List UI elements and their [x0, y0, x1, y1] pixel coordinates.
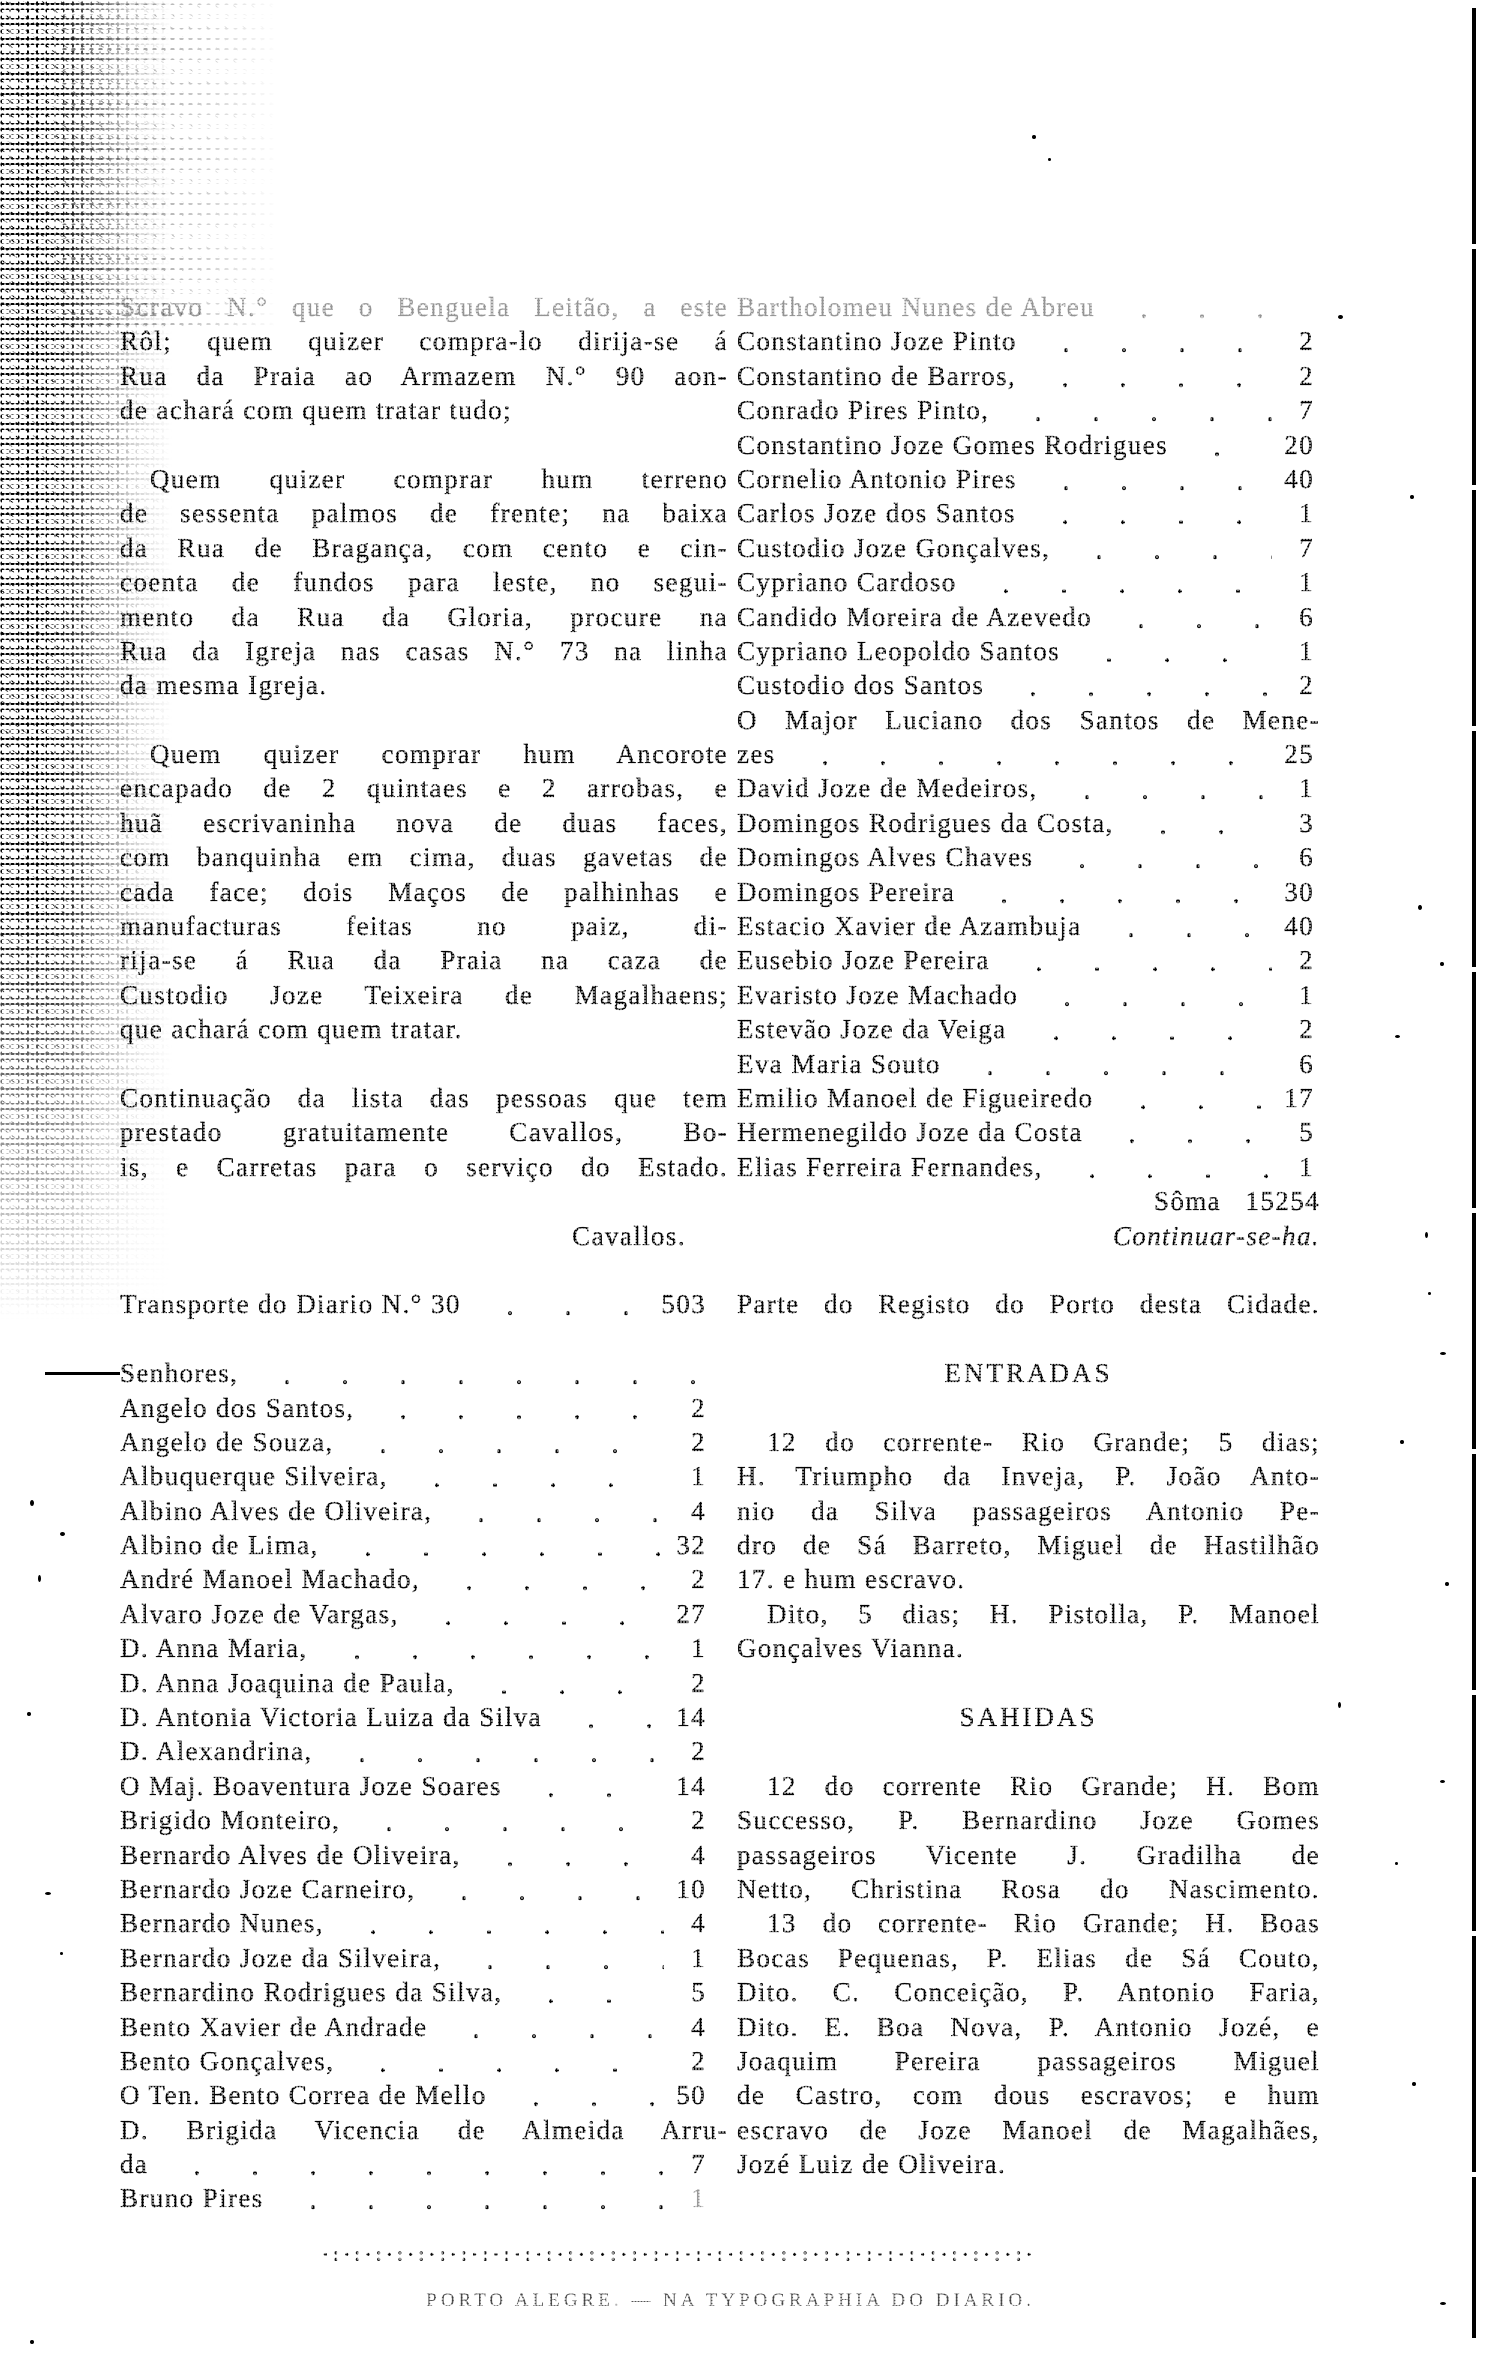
scan-speck	[1428, 1292, 1431, 1295]
ad-line: huã escrivaninha nova de duas faces,	[120, 806, 728, 840]
departure-entry: 12 do corrente Rio Grande; H. Bom Succes…	[737, 1769, 1320, 1907]
transport-row: Transporte do Diario N.° 30 503	[120, 1287, 728, 1321]
dot-leader	[510, 1975, 664, 2009]
horse-count: 17	[1280, 1081, 1320, 1115]
dot-leader	[1102, 1081, 1273, 1115]
contributor-name: Domingos Alves Chaves	[737, 840, 1033, 874]
horse-count: 2	[672, 1803, 728, 1837]
contributor-name: Candido Moreira de Azevedo	[737, 600, 1092, 634]
contributor-name: O Maj. Boaventura Joze Soares	[120, 1769, 502, 1803]
list-entry: Bartholomeu Nunes de Abreu	[737, 290, 1320, 324]
contributor-name: D. Anna Joaquina de Paula,	[120, 1666, 455, 1700]
dot-leader	[332, 1906, 664, 1940]
departure-line: Jozé Luiz de Oliveira.	[737, 2147, 1320, 2181]
list-header: Senhores,	[120, 1356, 728, 1390]
list-entry: Hermenegildo Joze da Costa5	[737, 1115, 1320, 1149]
departure-line: Joaquim Pereira passageiros Miguel	[737, 2044, 1320, 2078]
horse-count: 1	[672, 1459, 728, 1493]
horse-count: 2	[1280, 943, 1320, 977]
horse-count: 1	[672, 1941, 728, 1975]
scan-speck	[1395, 1035, 1400, 1038]
ad-line: Quem quizer comprar hum Ancorote	[120, 737, 728, 771]
arrival-line: H. Triumpho da Inveja, P. João Anto-	[737, 1459, 1320, 1493]
list-entry: Conrado Pires Pinto,7	[737, 393, 1320, 427]
departure-line: Dito. C. Conceição, P. Antonio Faria,	[737, 1975, 1320, 2009]
scan-speck	[45, 1892, 51, 1895]
total-label: Sôma	[1154, 1186, 1221, 1216]
contributor-name: zes	[737, 737, 776, 771]
dot-leader	[1091, 1115, 1272, 1149]
list-entry: Bernardo Joze da Silveira,1	[120, 1941, 728, 1975]
horse-count: 2	[1280, 668, 1320, 702]
list-entry: Bernardo Joze Carneiro,10	[120, 1872, 728, 1906]
arrival-line: Dito, 5 dias; H. Pistolla, P. Manoel	[737, 1597, 1320, 1631]
contributor-name: Carlos Joze dos Santos	[737, 496, 1016, 530]
list-entry: Candido Moreira de Azevedo6	[737, 600, 1320, 634]
contributor-name: Evaristo Joze Machado	[737, 978, 1018, 1012]
right-column: Bartholomeu Nunes de Abreu Constantino J…	[737, 290, 1320, 2181]
list-entry-wrapped: O Major Luciano dos Santos de Mene-	[737, 703, 1320, 737]
horse-count: 6	[1280, 1047, 1320, 1081]
dot-leader	[469, 1287, 653, 1321]
scan-speck	[1440, 1352, 1446, 1355]
horse-count: 1	[1280, 771, 1320, 805]
horse-count: 2	[1280, 359, 1320, 393]
list-entry: Eva Maria Souto6	[737, 1047, 1320, 1081]
list-entry: Custodio Joze Gonçalves,7	[737, 531, 1320, 565]
horse-count: 2	[672, 1425, 728, 1459]
ad-line: Scravo N.° que o Benguela Leitão, a este	[120, 290, 728, 324]
advertisement-1: Scravo N.° que o Benguela Leitão, a este…	[120, 290, 728, 428]
dot-leader	[1100, 600, 1272, 634]
dot-leader	[997, 393, 1272, 427]
list-entry: D. Antonia Victoria Luiza da Silva14	[120, 1700, 728, 1734]
newspaper-page: Scravo N.° que o Benguela Leitão, a este…	[0, 0, 1486, 2357]
horse-count: 1	[1280, 496, 1320, 530]
list-total: Sôma 15254	[737, 1184, 1320, 1218]
intro-line: prestado gratuitamente Cavallos, Bo-	[120, 1115, 728, 1149]
scan-speck	[1445, 1582, 1449, 1586]
contributors-list: Angelo dos Santos,2 Angelo de Souza,2 Al…	[120, 1391, 728, 2216]
arrival-entry: 12 do corrente- Rio Grande; 5 dias; H. T…	[737, 1425, 1320, 1597]
ad-line: Rôl; quem quizer compra-lo dirija-se á	[120, 324, 728, 358]
transport-value: 503	[661, 1287, 728, 1321]
dot-leader	[1103, 290, 1272, 324]
dot-leader	[510, 1769, 664, 1803]
contributor-name: Bento Gonçalves,	[120, 2044, 334, 2078]
contributor-name: Bernardo Alves de Oliveira,	[120, 1838, 461, 1872]
horse-count: 5	[672, 1975, 728, 2009]
horse-count	[1280, 290, 1320, 324]
list-entry: Domingos Rodrigues da Costa,3	[737, 806, 1320, 840]
contributor-name: Bernardo Joze da Silveira,	[120, 1941, 441, 1975]
total-value: 15254	[1246, 1186, 1321, 1216]
horse-count: 1	[1280, 565, 1320, 599]
scan-speck	[1440, 962, 1444, 966]
ad-line: Rua da Igreja nas casas N.° 73 na linha	[120, 634, 728, 668]
list-entry: Evaristo Joze Machado1	[737, 978, 1320, 1012]
list-entry: O Maj. Boaventura Joze Soares14	[120, 1769, 728, 1803]
list-entry: Bernardo Alves de Oliveira,4	[120, 1838, 728, 1872]
scan-speck	[27, 1712, 31, 1716]
departure-line: Dito. E. Boa Nova, P. Antonio Jozé, e	[737, 2010, 1320, 2044]
list-entry: Constantino Joze Gomes Rodrigues20	[737, 428, 1320, 462]
contributor-name: Bartholomeu Nunes de Abreu	[737, 290, 1095, 324]
list-entry: Albino Alves de Oliveira,4	[120, 1494, 728, 1528]
dot-leader	[963, 875, 1272, 909]
list-entry: Custodio dos Santos2	[737, 668, 1320, 702]
ad-line: rija-se á Rua da Praia na caza de	[120, 943, 728, 977]
dot-leader	[998, 943, 1272, 977]
ad-line: Custodio Joze Teixeira de Magalhaens;	[120, 978, 728, 1012]
dot-leader	[407, 1597, 664, 1631]
list-entry: da7	[120, 2147, 728, 2181]
dot-leader	[362, 1391, 664, 1425]
list-entry: Cypriano Leopoldo Santos1	[737, 634, 1320, 668]
ad-line: manufacturas feitas no paiz, di-	[120, 909, 728, 943]
horse-count: 7	[672, 2147, 728, 2181]
list-entry: Bernardo Nunes,4	[120, 1906, 728, 1940]
horse-count: 10	[672, 1872, 728, 1906]
transport-label: Transporte do Diario N.° 30	[120, 1287, 461, 1321]
departure-line: Bocas Pequenas, P. Elias de Sá Couto,	[737, 1941, 1320, 1975]
horse-count: 4	[672, 1906, 728, 1940]
horse-count: 7	[1280, 393, 1320, 427]
list-entry: Bruno Pires1	[120, 2181, 728, 2215]
scan-speck	[1412, 2082, 1416, 2086]
contributor-name: Angelo de Souza,	[120, 1425, 334, 1459]
list-intro: Continuação da lista das pessoas que tem…	[120, 1081, 728, 1184]
dot-leader	[1015, 1012, 1272, 1046]
list-entry: Angelo de Souza,2	[120, 1425, 728, 1459]
scan-speck	[1440, 2302, 1446, 2305]
list-entry: Estacio Xavier de Azambuja40	[737, 909, 1320, 943]
list-entry: Cypriano Cardoso1	[737, 565, 1320, 599]
horse-count: 1	[1280, 634, 1320, 668]
ad-line: da Rua de Bragança, com cento e cin-	[120, 531, 728, 565]
horse-count: 50	[672, 2078, 728, 2112]
contributor-name: David Joze de Medeiros,	[737, 771, 1038, 805]
contributor-name: Albino Alves de Oliveira,	[120, 1494, 432, 1528]
horse-count: 40	[1280, 462, 1320, 496]
dot-leader	[1025, 462, 1272, 496]
contributor-name: Bernardo Joze Carneiro,	[120, 1872, 415, 1906]
arrival-line: dro de Sá Barreto, Miguel de Hastilhão	[737, 1528, 1320, 1562]
ad-line: coenta de fundos para leste, no segui-	[120, 565, 728, 599]
dot-leader	[1026, 978, 1272, 1012]
contributor-name: Albuquerque Silveira,	[120, 1459, 388, 1493]
scan-speck	[60, 1532, 65, 1536]
list-entry: Eusebio Joze Pereira2	[737, 943, 1320, 977]
dot-leader	[423, 1872, 664, 1906]
contributor-name: Eva Maria Souto	[737, 1047, 941, 1081]
dot-leader	[1090, 909, 1272, 943]
list-entry: D. Alexandrina,2	[120, 1734, 728, 1768]
ad-line: encapado de 2 quintaes e 2 arrobas, e	[120, 771, 728, 805]
list-entry: Carlos Joze dos Santos1	[737, 496, 1320, 530]
ad-line: de sessenta palmos de frente; na baixa	[120, 496, 728, 530]
scan-speck	[1338, 1702, 1341, 1708]
contributor-name: Custodio dos Santos	[737, 668, 984, 702]
advertisement-anchor: Quem quizer comprar hum Ancorote encapad…	[120, 737, 728, 1047]
contributor-name: Domingos Pereira	[737, 875, 955, 909]
horse-count: 6	[1280, 840, 1320, 874]
scan-speck	[1425, 1232, 1428, 1238]
contributor-name: da	[120, 2147, 148, 2181]
horse-count: 1	[672, 1631, 728, 1665]
dot-leader	[435, 2010, 664, 2044]
dot-leader	[246, 1356, 720, 1390]
departure-line: escravo de Joze Manoel de Magalhães,	[737, 2113, 1320, 2147]
contributor-name: Bernardino Rodrigues da Silva,	[120, 1975, 502, 2009]
contributor-name: Constantino Joze Pinto	[737, 324, 1017, 358]
ad-line: com banquinha em cima, duas gavetas de	[120, 840, 728, 874]
dot-leader	[992, 668, 1272, 702]
scan-speck	[1440, 1780, 1445, 1783]
scan-speck	[38, 1575, 41, 1582]
horse-count: 1	[672, 2181, 728, 2215]
dot-leader	[348, 1803, 664, 1837]
horse-count: 7	[1280, 531, 1320, 565]
departures-heading: SAHIDAS	[737, 1700, 1320, 1734]
dot-leader	[321, 1734, 664, 1768]
arrival-line: nio da Silva passageiros Antonio Pe-	[737, 1494, 1320, 1528]
horse-count: 1	[1280, 978, 1320, 1012]
dot-leader	[440, 1494, 664, 1528]
dot-leader	[550, 1700, 664, 1734]
list-entry: André Manoel Machado,2	[120, 1562, 728, 1596]
list-entry: Bento Xavier de Andrade4	[120, 2010, 728, 2044]
contributor-name: Estacio Xavier de Azambuja	[737, 909, 1082, 943]
contributor-name: Alvaro Joze de Vargas,	[120, 1597, 399, 1631]
contributor-name: Eusebio Joze Pereira	[737, 943, 990, 977]
footer-ornament-rule: ·:·:·:·:·:·:·:·:·:·:·:·:·:·:·:·:·:·:·:·:…	[322, 2244, 1035, 2274]
dot-leader	[1058, 531, 1272, 565]
dot-leader	[1176, 428, 1272, 462]
contributor-name: Domingos Rodrigues da Costa,	[737, 806, 1114, 840]
scan-speck	[1400, 1440, 1404, 1444]
scan-speck	[1048, 158, 1051, 161]
horse-count: 40	[1280, 909, 1320, 943]
departure-line: Netto, Christina Rosa do Nascimento.	[737, 1872, 1320, 1906]
contributor-name: Conrado Pires Pinto,	[737, 393, 989, 427]
horse-count: 2	[1280, 1012, 1320, 1046]
contributor-name: Angelo dos Santos,	[120, 1391, 354, 1425]
contributor-name: Custodio Joze Gonçalves,	[737, 531, 1050, 565]
list-dash-mark	[45, 1372, 120, 1375]
dot-leader	[272, 2181, 664, 2215]
dot-leader	[1122, 806, 1272, 840]
horse-count: 2	[672, 1666, 728, 1700]
list-entry: Angelo dos Santos,2	[120, 1391, 728, 1425]
horse-count: 5	[1280, 1115, 1320, 1149]
scan-speck	[30, 2340, 34, 2344]
list-entry: David Joze de Medeiros,1	[737, 771, 1320, 805]
scan-speck	[30, 1500, 34, 1506]
horse-count: 4	[672, 1838, 728, 1872]
dot-leader	[1068, 634, 1272, 668]
horse-count: 27	[672, 1597, 728, 1631]
horse-count: 6	[1280, 600, 1320, 634]
intro-line: is, e Carretas para o serviço do Estado.	[120, 1150, 728, 1184]
port-register-title: Parte do Registo do Porto desta Cidade.	[737, 1287, 1320, 1321]
dot-leader	[316, 1631, 664, 1665]
contributor-name: Cornelio Antonio Pires	[737, 462, 1017, 496]
contributor-name: O Ten. Bento Correa de Mello	[120, 2078, 487, 2112]
horse-count: 2	[672, 1391, 728, 1425]
horse-count: 2	[1280, 324, 1320, 358]
advertisement-land: Quem quizer comprar hum terreno de sesse…	[120, 462, 728, 703]
list-entry-wrapped: D. Brigida Vicencia de Almeida Arru-	[120, 2113, 728, 2147]
dot-leader	[1025, 324, 1272, 358]
arrival-line: Gonçalves Vianna.	[737, 1631, 1320, 1665]
contributors-list-continued: Bartholomeu Nunes de Abreu Constantino J…	[737, 290, 1320, 1184]
list-entry: D. Anna Joaquina de Paula,2	[120, 1666, 728, 1700]
list-entry: D. Anna Maria,1	[120, 1631, 728, 1665]
list-entry: Domingos Alves Chaves6	[737, 840, 1320, 874]
contributor-name: Hermenegildo Joze da Costa	[737, 1115, 1083, 1149]
horse-count: 14	[672, 1700, 728, 1734]
list-entry: Bernardino Rodrigues da Silva,5	[120, 1975, 728, 2009]
dot-leader	[965, 565, 1272, 599]
contributor-name: Bruno Pires	[120, 2181, 264, 2215]
page-border-rule	[1472, 8, 1476, 2338]
dot-leader	[1046, 771, 1272, 805]
list-entry: Albino de Lima,32	[120, 1528, 728, 1562]
ad-line: de achará com quem tratar tudo;	[120, 393, 728, 427]
scan-speck	[60, 1952, 63, 1955]
dot-leader	[463, 1666, 664, 1700]
scan-speck	[1410, 495, 1414, 499]
contributor-name: D. Anna Maria,	[120, 1631, 308, 1665]
contributor-name: André Manoel Machado,	[120, 1562, 420, 1596]
dot-leader	[469, 1838, 664, 1872]
dot-leader	[1051, 1150, 1272, 1184]
horse-count: 20	[1280, 428, 1320, 462]
list-entry: O Ten. Bento Correa de Mello50	[120, 2078, 728, 2112]
dot-leader	[949, 1047, 1272, 1081]
departure-line: de Castro, com dous escravos; e hum	[737, 2078, 1320, 2112]
dot-leader	[784, 737, 1272, 771]
contributor-name: Brigido Monteiro,	[120, 1803, 340, 1837]
horse-count: 3	[1280, 806, 1320, 840]
contributor-name: Cypriano Cardoso	[737, 565, 957, 599]
contributor-name: Cypriano Leopoldo Santos	[737, 634, 1060, 668]
scan-speck	[1418, 905, 1422, 910]
dot-leader	[1041, 840, 1272, 874]
departure-line: 12 do corrente Rio Grande; H. Bom	[737, 1769, 1320, 1803]
continued-note: Continuar-se-ha.	[737, 1219, 1320, 1253]
ad-line: cada face; dois Maços de palhinhas e	[120, 875, 728, 909]
list-header-label: Senhores,	[120, 1356, 238, 1390]
departure-line: 13 do corrente- Rio Grande; H. Boas	[737, 1906, 1320, 1940]
ad-line: da mesma Igreja.	[120, 668, 728, 702]
arrival-line: 17. e hum escravo.	[737, 1562, 1320, 1596]
dot-leader	[428, 1562, 664, 1596]
list-entry: Constantino Joze Pinto2	[737, 324, 1320, 358]
contributor-name: D. Antonia Victoria Luiza da Silva	[120, 1700, 542, 1734]
list-entry: Constantino de Barros,2	[737, 359, 1320, 393]
contributor-name: Bernardo Nunes,	[120, 1906, 324, 1940]
list-entry: Alvaro Joze de Vargas,27	[120, 1597, 728, 1631]
list-entry: Estevão Joze da Veiga2	[737, 1012, 1320, 1046]
list-entry: Domingos Pereira30	[737, 875, 1320, 909]
departure-entry: 13 do corrente- Rio Grande; H. Boas Boca…	[737, 1906, 1320, 2181]
arrivals-heading: ENTRADAS	[737, 1356, 1320, 1390]
contributor-name: Constantino Joze Gomes Rodrigues	[737, 428, 1168, 462]
list-entry: Albuquerque Silveira,1	[120, 1459, 728, 1493]
scan-speck	[1395, 1862, 1398, 1865]
ad-line: mento da Rua da Gloria, procure na	[120, 600, 728, 634]
ad-line: Quem quizer comprar hum terreno	[120, 462, 728, 496]
dot-leader	[495, 2078, 664, 2112]
dot-leader	[342, 1425, 664, 1459]
ad-line: que achará com quem tratar.	[120, 1012, 728, 1046]
contributor-name: D. Alexandrina,	[120, 1734, 313, 1768]
dot-leader	[342, 2044, 664, 2078]
scan-speck	[1338, 315, 1343, 319]
dot-leader	[396, 1459, 664, 1493]
dot-leader	[1024, 359, 1272, 393]
horse-count: 30	[1280, 875, 1320, 909]
list-entry: zes25	[737, 737, 1320, 771]
contributor-name: Elias Ferreira Fernandes,	[737, 1150, 1043, 1184]
horse-count: 1	[1280, 1150, 1320, 1184]
contributor-name: Bento Xavier de Andrade	[120, 2010, 427, 2044]
list-entry: Elias Ferreira Fernandes,1	[737, 1150, 1320, 1184]
scan-noise-top	[60, 0, 290, 330]
contributor-name: Albino de Lima,	[120, 1528, 319, 1562]
horse-count: 2	[672, 1562, 728, 1596]
departure-line: Successo, P. Bernardino Joze Gomes	[737, 1803, 1320, 1837]
contributor-name: Estevão Joze da Veiga	[737, 1012, 1007, 1046]
horse-count: 25	[1280, 737, 1320, 771]
contributor-name: Emilio Manoel de Figueiredo	[737, 1081, 1094, 1115]
horse-count: 4	[672, 2010, 728, 2044]
dot-leader	[449, 1941, 664, 1975]
dot-leader	[1024, 496, 1272, 530]
list-entry: Bento Gonçalves,2	[120, 2044, 728, 2078]
arrival-entry: Dito, 5 dias; H. Pistolla, P. Manoel Gon…	[737, 1597, 1320, 1666]
list-entry: Cornelio Antonio Pires40	[737, 462, 1320, 496]
horse-count: 4	[672, 1494, 728, 1528]
horse-count: 2	[672, 1734, 728, 1768]
dot-leader	[327, 1528, 664, 1562]
scan-speck	[1032, 135, 1036, 139]
dot-leader	[156, 2147, 664, 2181]
contributor-name: Constantino de Barros,	[737, 359, 1016, 393]
section-heading-cavallos: Cavallos.	[120, 1219, 728, 1253]
horse-count: 32	[672, 1528, 728, 1562]
list-entry: Emilio Manoel de Figueiredo17	[737, 1081, 1320, 1115]
intro-line: Continuação da lista das pessoas que tem	[120, 1081, 728, 1115]
footer-imprint: PORTO ALEGRE. — NA TYPOGRAPHIA DO DIARIO…	[277, 2290, 1035, 2320]
horse-count: 2	[672, 2044, 728, 2078]
horse-count: 14	[672, 1769, 728, 1803]
arrival-line: 12 do corrente- Rio Grande; 5 dias;	[737, 1425, 1320, 1459]
ad-line: Rua da Praia ao Armazem N.° 90 aon-	[120, 359, 728, 393]
left-column: Scravo N.° que o Benguela Leitão, a este…	[120, 290, 728, 2216]
list-entry: Brigido Monteiro,2	[120, 1803, 728, 1837]
departure-line: passageiros Vicente J. Gradilha de	[737, 1838, 1320, 1872]
